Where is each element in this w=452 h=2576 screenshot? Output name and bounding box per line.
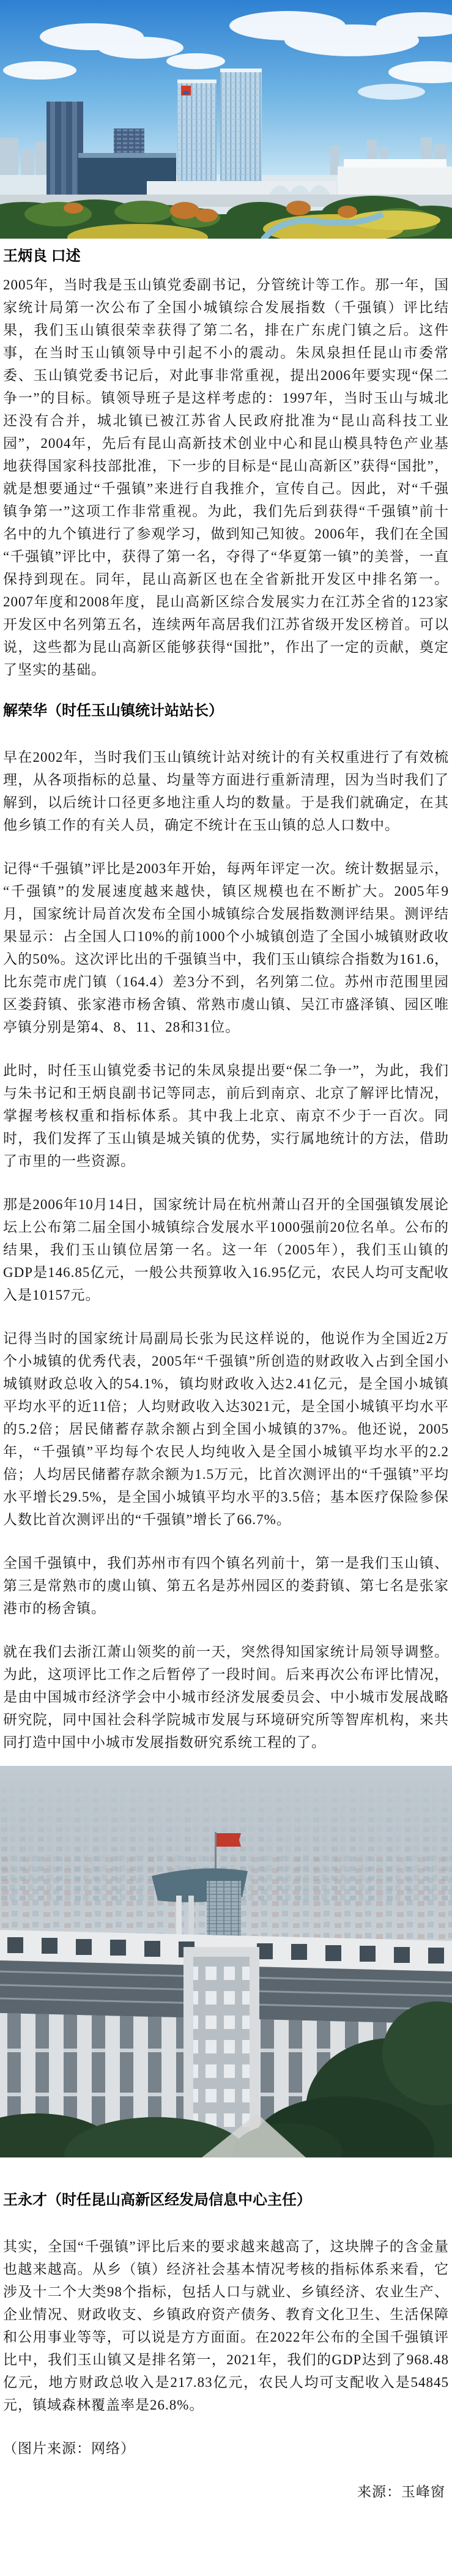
section-xie-ronghua: 解荣华（时任玉山镇统计站站长） 早在2002年，当时我们玉山镇统计站对统计的有关… [3, 702, 449, 1754]
government-building-photo [0, 1766, 452, 2157]
stadium-roofs [269, 185, 330, 195]
left-tower [46, 102, 83, 204]
speaker-heading: 解荣华（时任玉山镇统计站站长） [3, 702, 449, 720]
image-credit: （图片来源：网络） [3, 2437, 449, 2460]
skyline-illustration [0, 0, 452, 239]
article-page: 王炳良 口述 2005年，当时我是玉山镇党委副书记，分管统计等工作。那一年，国家… [0, 0, 452, 2576]
source-line: 来源：玉峰窗 [3, 2481, 449, 2503]
speaker-heading: 王炳良 口述 [3, 247, 449, 266]
paragraph: 记得“千强镇”评比是2003年开始，每两年评定一次。统计数据显示，“千强镇”的发… [3, 857, 449, 1038]
paragraph: 全国千强镇中，我们苏州市有四个镇名列前十，第一是我们玉山镇、第三是常熟市的虞山镇… [3, 1552, 449, 1620]
kunshan-skyline-photo [0, 0, 452, 239]
paragraph: 早在2002年，当时我们玉山镇统计站对统计的有关权重进行了有效梳理，从各项指标的… [3, 746, 449, 836]
paragraph: 就在我们去浙江萧山领奖的前一天，突然得知国家统计局领导调整。为此，这项评比工作之… [3, 1640, 449, 1754]
paragraph: 其实，全国“千强镇”评比后来的要求越来越高了，这块牌子的含金量也越来越高。从乡（… [3, 2235, 449, 2416]
article-body-bottom: 王永才（时任昆山高新区经发局信息中心主任） 其实，全国“千强镇”评比后来的要求越… [0, 2191, 452, 2503]
paragraph: 记得当时的国家统计局副局长张为民这样说的，他说作为全国近2万个小城镇的优秀代表，… [3, 1327, 449, 1531]
article-body: 王炳良 口述 2005年，当时我是玉山镇党委副书记，分管统计等工作。那一年，国家… [0, 247, 452, 1754]
paragraph: 2005年，当时我是玉山镇党委副书记，分管统计等工作。那一年，国家统计局第一次公… [3, 274, 449, 681]
speaker-heading: 王永才（时任昆山高新区经发局信息中心主任） [3, 2191, 449, 2209]
government-building-illustration [0, 1766, 452, 2157]
section-wang-bingliang: 王炳良 口述 2005年，当时我是玉山镇党委副书记，分管统计等工作。那一年，国家… [3, 247, 449, 681]
section-wang-yongcai: 王永才（时任昆山高新区经发局信息中心主任） 其实，全国“千强镇”评比后来的要求越… [3, 2191, 449, 2416]
paragraph: 此时，时任玉山镇党委书记的朱凤泉提出要“保二争一”，为此，我们与朱书记和王炳良副… [3, 1059, 449, 1172]
paragraph: 那是2006年10月14日，国家统计局在杭州萧山召开的全国强镇发展论坛上公布第二… [3, 1193, 449, 1306]
